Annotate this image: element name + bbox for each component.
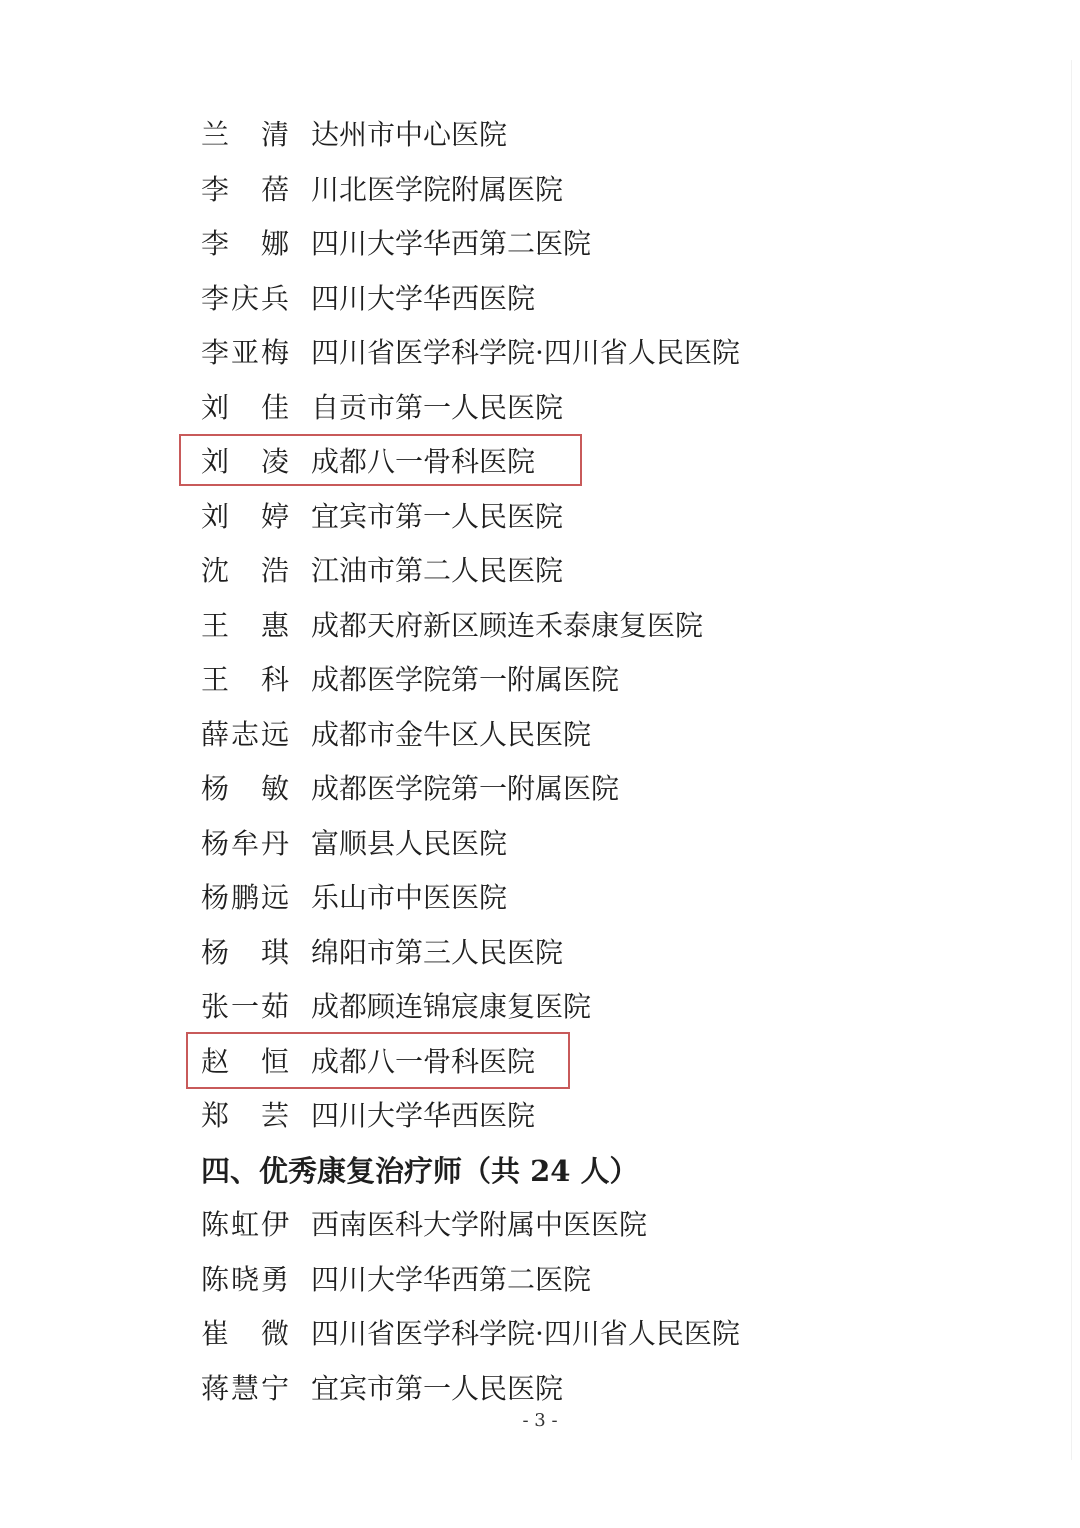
person-name: 张一茹 — [201, 980, 289, 1034]
hospital-name: 成都医学院第一附属医院 — [311, 762, 619, 816]
person-name: 李 蓓 — [201, 163, 289, 217]
person-name: 王 惠 — [201, 599, 289, 653]
list-item: 刘 佳自贡市第一人民医院 — [201, 381, 563, 435]
person-name: 刘 婷 — [201, 490, 289, 544]
list-item: 杨鹏远乐山市中医医院 — [201, 871, 507, 925]
hospital-name: 绵阳市第三人民医院 — [311, 926, 563, 980]
list-item: 陈晓勇四川大学华西第二医院 — [201, 1253, 591, 1307]
list-item: 崔 微四川省医学科学院·四川省人民医院 — [201, 1307, 740, 1361]
person-name: 杨 敏 — [201, 762, 289, 816]
highlight-box-zhao-heng — [186, 1032, 570, 1089]
list-item: 李 蓓川北医学院附属医院 — [201, 163, 563, 217]
hospital-name: 自贡市第一人民医院 — [311, 381, 563, 435]
highlight-box-liu-ling — [179, 434, 582, 486]
hospital-name: 成都天府新区顾连禾泰康复医院 — [311, 599, 703, 653]
list-item: 刘 婷宜宾市第一人民医院 — [201, 490, 563, 544]
list-item: 张一茹成都顾连锦宸康复医院 — [201, 980, 591, 1034]
list-item: 沈 浩江油市第二人民医院 — [201, 544, 563, 598]
hospital-name: 成都顾连锦宸康复医院 — [311, 980, 591, 1034]
person-name: 杨牟丹 — [201, 817, 289, 871]
person-name: 陈晓勇 — [201, 1253, 289, 1307]
hospital-name: 江油市第二人民医院 — [311, 544, 563, 598]
list-item: 杨牟丹富顺县人民医院 — [201, 817, 507, 871]
list-item: 陈虹伊西南医科大学附属中医医院 — [201, 1198, 647, 1252]
person-name: 陈虹伊 — [201, 1198, 289, 1252]
hospital-name: 成都市金牛区人民医院 — [311, 708, 591, 762]
hospital-name: 乐山市中医医院 — [311, 871, 507, 925]
hospital-name: 四川大学华西医院 — [311, 1089, 535, 1143]
hospital-name: 宜宾市第一人民医院 — [311, 490, 563, 544]
hospital-name: 达州市中心医院 — [311, 108, 507, 162]
person-name: 杨 琪 — [201, 926, 289, 980]
hospital-name: 四川大学华西医院 — [311, 272, 535, 326]
person-name: 刘 佳 — [201, 381, 289, 435]
hospital-name: 富顺县人民医院 — [311, 817, 507, 871]
person-name: 蒋慧宁 — [201, 1362, 289, 1416]
list-item: 杨 敏成都医学院第一附属医院 — [201, 762, 619, 816]
person-name: 兰 清 — [201, 108, 289, 162]
list-item: 杨 琪绵阳市第三人民医院 — [201, 926, 563, 980]
list-item: 蒋慧宁宜宾市第一人民医院 — [201, 1362, 563, 1416]
list-item: 李 娜四川大学华西第二医院 — [201, 217, 591, 271]
list-item: 兰 清达州市中心医院 — [201, 108, 507, 162]
hospital-name: 四川省医学科学院·四川省人民医院 — [311, 1307, 740, 1361]
hospital-name: 四川大学华西第二医院 — [311, 217, 591, 271]
person-name: 郑 芸 — [201, 1089, 289, 1143]
hospital-name: 成都医学院第一附属医院 — [311, 653, 619, 707]
hospital-name: 西南医科大学附属中医医院 — [311, 1198, 647, 1252]
person-name: 王 科 — [201, 653, 289, 707]
person-name: 崔 微 — [201, 1307, 289, 1361]
list-item: 郑 芸四川大学华西医院 — [201, 1089, 535, 1143]
list-item: 薛志远成都市金牛区人民医院 — [201, 708, 591, 762]
page-number: - 3 - — [0, 1410, 1080, 1431]
person-name: 杨鹏远 — [201, 871, 289, 925]
person-name: 薛志远 — [201, 708, 289, 762]
person-name: 李 娜 — [201, 217, 289, 271]
list-item: 李亚梅四川省医学科学院·四川省人民医院 — [201, 326, 740, 380]
person-name: 李亚梅 — [201, 326, 289, 380]
section-heading: 四、优秀康复治疗师（共 24 人） — [201, 1144, 639, 1198]
person-name: 李庆兵 — [201, 272, 289, 326]
hospital-name: 四川大学华西第二医院 — [311, 1253, 591, 1307]
hospital-name: 四川省医学科学院·四川省人民医院 — [311, 326, 740, 380]
person-name: 沈 浩 — [201, 544, 289, 598]
hospital-name: 宜宾市第一人民医院 — [311, 1362, 563, 1416]
page-edge — [1071, 60, 1072, 1460]
hospital-name: 川北医学院附属医院 — [311, 163, 563, 217]
list-item: 王 惠成都天府新区顾连禾泰康复医院 — [201, 599, 703, 653]
list-item: 王 科成都医学院第一附属医院 — [201, 653, 619, 707]
list-item: 李庆兵四川大学华西医院 — [201, 272, 535, 326]
document-page: 兰 清达州市中心医院 李 蓓川北医学院附属医院 李 娜四川大学华西第二医院 李庆… — [0, 0, 1080, 1528]
